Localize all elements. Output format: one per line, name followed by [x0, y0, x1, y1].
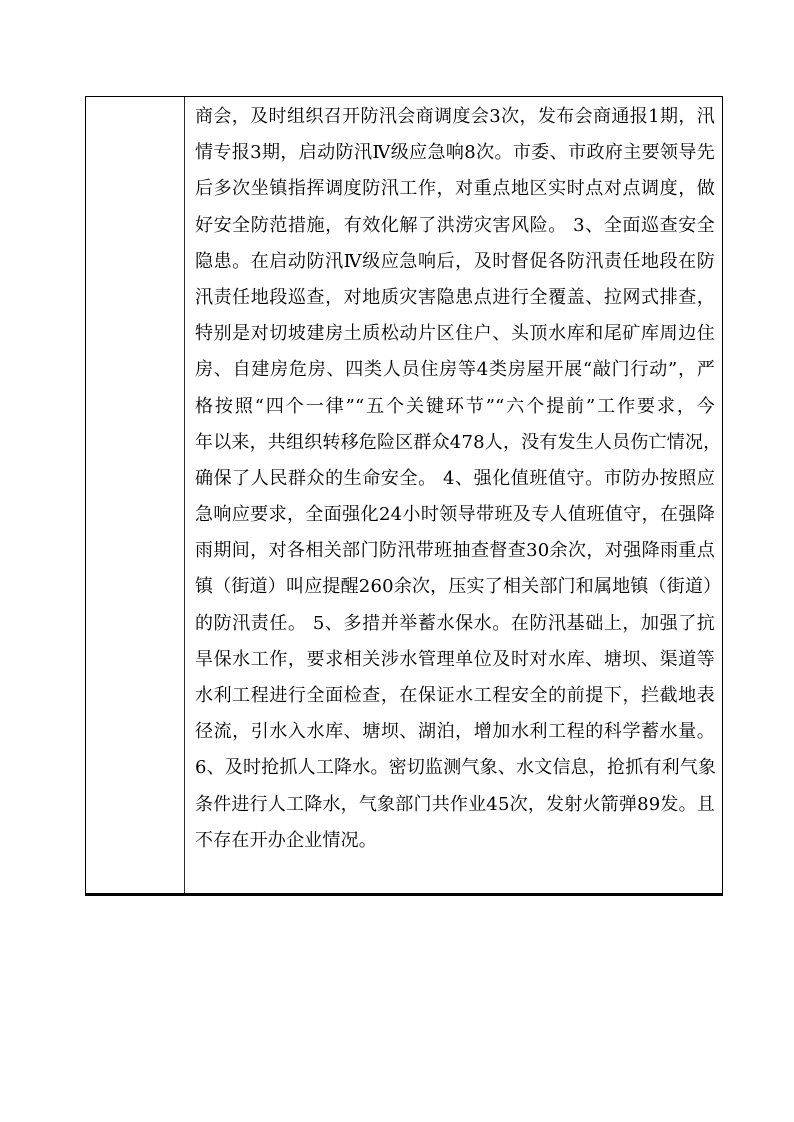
text-line: 旱保水工作，要求相关涉水管理单位及时对水库、塘坝、渠道等 [195, 642, 715, 678]
text-line: 径流，引水入水库、塘坝、湖泊，增加水利工程的科学蓄水量。 [195, 714, 715, 750]
text-line: 汛责任地段巡查，对地质灾害隐患点进行全覆盖、拉网式排查， [195, 280, 715, 316]
text-line: 不存在开办企业情况。 [195, 823, 715, 859]
text-line: 急响应要求，全面强化24小时领导带班及专人值班值守，在强降 [195, 497, 715, 533]
table-cell-label [86, 97, 185, 893]
text-line: 镇（街道）叫应提醒260余次，压实了相关部门和属地镇（街道） [195, 569, 715, 605]
text-line: 情专报3期，启动防汛Ⅳ级应急响8次。市委、市政府主要领导先 [195, 135, 715, 171]
text-line: 后多次坐镇指挥调度防汛工作，对重点地区实时点对点调度，做 [195, 171, 715, 207]
text-line: 特别是对切坡建房土质松动片区住户、头顶水库和尾矿库周边住 [195, 316, 715, 352]
text-line: 格按照“四个一律”“五个关键环节”“六个提前”工作要求，今 [195, 389, 715, 425]
document-page: 商会，及时组织召开防汛会商调度会3次，发布会商通报1期，汛情专报3期，启动防汛Ⅳ… [0, 0, 794, 1122]
text-line: 的防汛责任。 5、多措并举蓄水保水。在防汛基础上，加强了抗 [195, 606, 715, 642]
text-line: 年以来，共组织转移危险区群众478人，没有发生人员伤亡情况， [195, 425, 715, 461]
document-table: 商会，及时组织召开防汛会商调度会3次，发布会商通报1期，汛情专报3期，启动防汛Ⅳ… [85, 96, 723, 896]
text-line: 好安全防范措施，有效化解了洪涝灾害风险。 3、全面巡查安全 [195, 208, 715, 244]
text-line: 房、自建房危房、四类人员住房等4类房屋开展“敲门行动”，严 [195, 352, 715, 388]
text-line: 商会，及时组织召开防汛会商调度会3次，发布会商通报1期，汛 [195, 99, 715, 135]
text-line: 雨期间，对各相关部门防汛带班抽查督查30余次，对强降雨重点 [195, 533, 715, 569]
text-line: 水利工程进行全面检查，在保证水工程安全的前提下，拦截地表 [195, 678, 715, 714]
table-cell-content: 商会，及时组织召开防汛会商调度会3次，发布会商通报1期，汛情专报3期，启动防汛Ⅳ… [185, 97, 722, 893]
text-line: 6、及时抢抓人工降水。密切监测气象、水文信息，抢抓有利气象 [195, 750, 715, 786]
text-line: 确保了人民群众的生命安全。 4、强化值班值守。市防办按照应 [195, 461, 715, 497]
text-line: 隐患。在启动防汛Ⅳ级应急响后，及时督促各防汛责任地段在防 [195, 244, 715, 280]
text-line: 条件进行人工降水，气象部门共作业45次，发射火箭弹89发。且 [195, 787, 715, 823]
